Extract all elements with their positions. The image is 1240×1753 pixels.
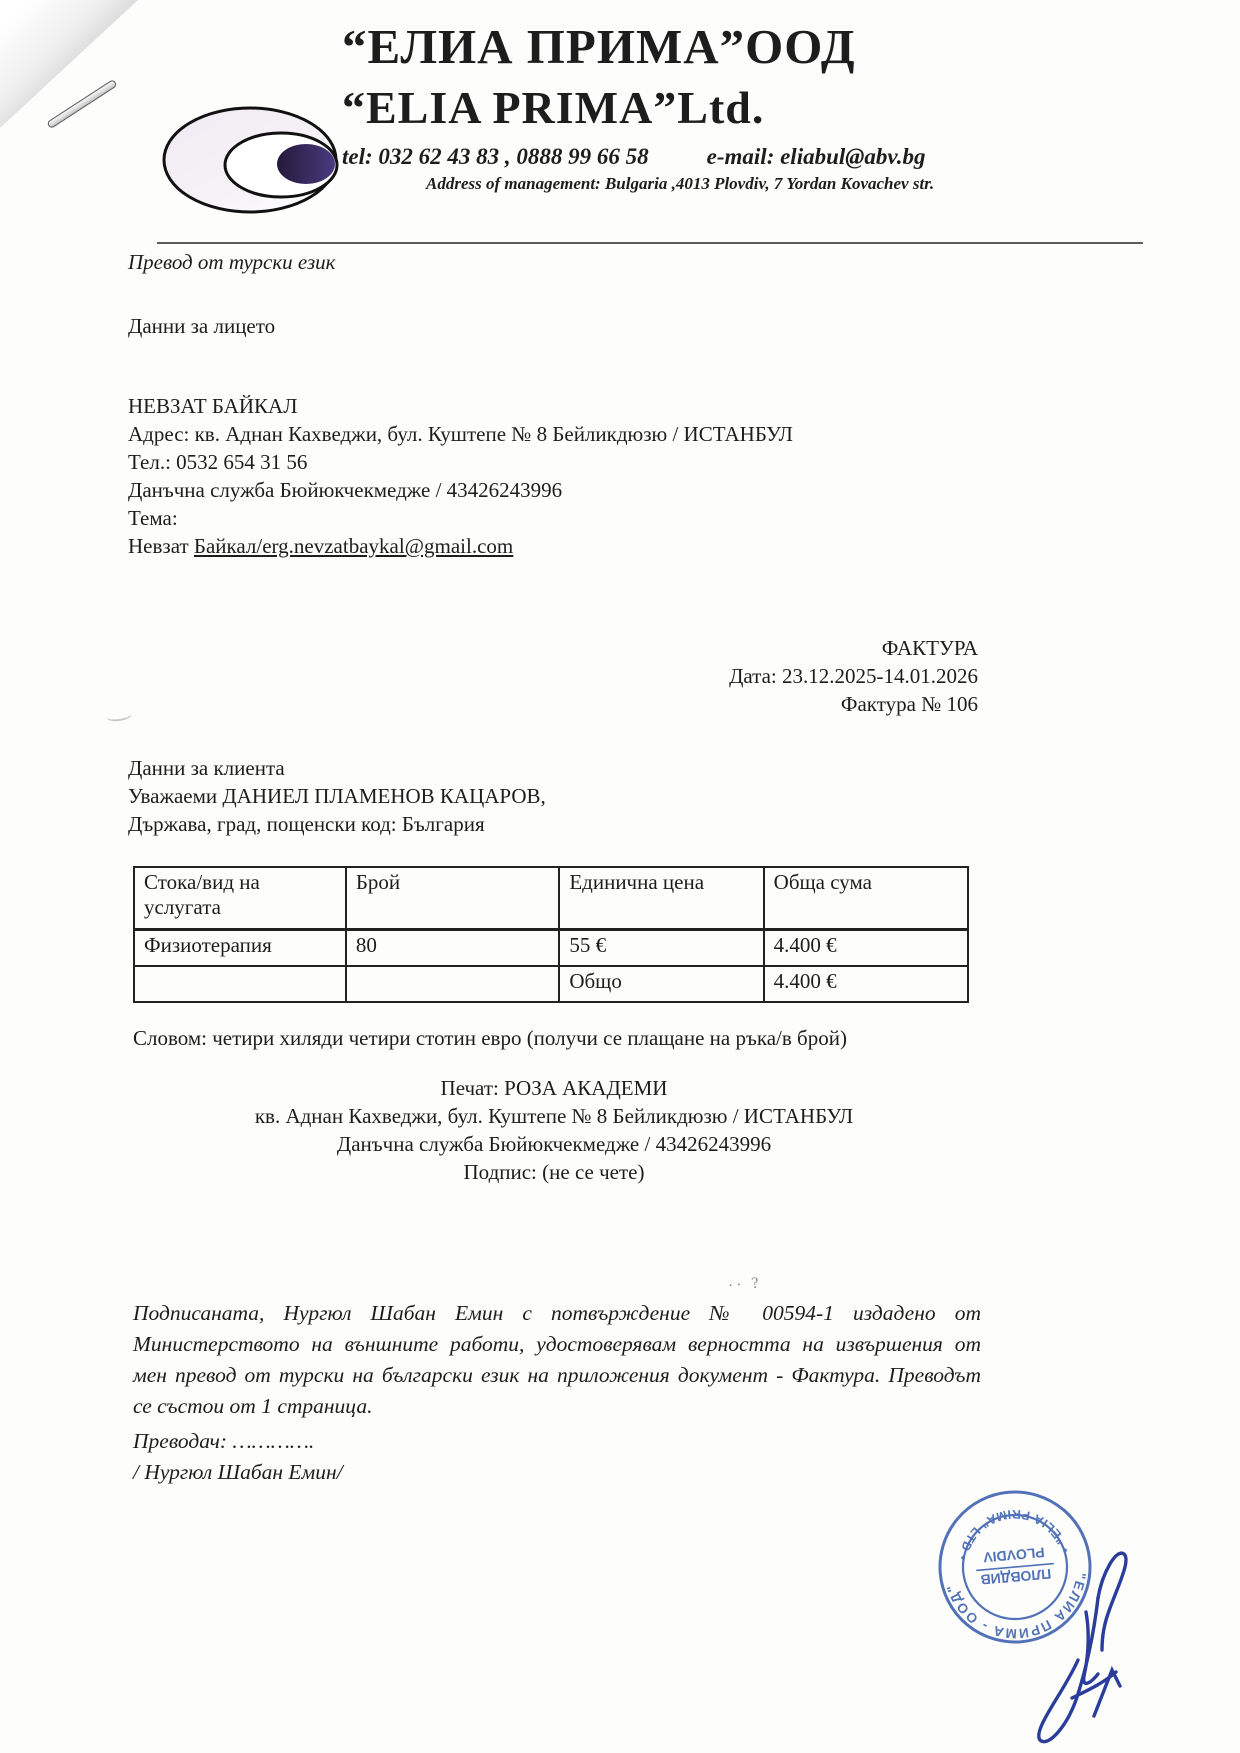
cell-service: Физиотерапия [134,930,346,967]
scanned-invoice-page: ·· ? “ЕЛИА ПРИМА”ООД “ELIA PRIMA”Ltd. te… [0,0,1240,1753]
company-logo [160,104,342,220]
cell-empty-2 [346,966,560,1002]
translator-certification: Подписаната, Нургюл Шабан Емин с потвърж… [133,1298,981,1488]
cell-total: 4.400 € [764,930,968,967]
translation-note: Превод от турски език [128,250,335,275]
table-header-row: Стока/вид на услугата Брой Единична цена… [134,867,968,930]
staple-mark [46,79,117,129]
pencil-smudge [105,708,132,723]
amount-in-words: Словом: четири хиляди четири стотин евро… [133,1024,847,1052]
person-name: НЕВЗАТ БАЙКАЛ [128,392,793,420]
translator-name: / Нургюл Шабан Емин/ [133,1457,981,1488]
cell-grand-total: 4.400 € [764,966,968,1002]
translator-label: Преводач: …………. [133,1426,981,1457]
col-header-service: Стока/вид на услугата [134,867,346,930]
ink-smudge: ·· ? [727,1274,762,1295]
header-divider [157,242,1143,244]
cell-empty-1 [134,966,346,1002]
person-details: НЕВЗАТ БАЙКАЛ Адрес: кв. Аднан Кахведжи,… [128,392,793,560]
email-address: e-mail: eliabul@abv.bg [707,144,926,170]
certification-line: Подписаната, Нургюл Шабан Емин с потвърж… [133,1298,981,1329]
col-header-total: Обща сума [764,867,968,930]
invoice-meta: ФАКТУРА Дата: 23.12.2025-14.01.2026 Факт… [560,634,978,718]
cell-total-label: Общо [559,966,763,1002]
company-title-bulgarian: “ЕЛИА ПРИМА”ООД [342,18,1002,75]
table-total-row: Общо 4.400 € [134,966,968,1002]
seal-address: кв. Аднан Кахведжи, бул. Куштепе № 8 Бей… [133,1102,975,1130]
seal-tax-office: Данъчна служба Бюйюкчекмедже / 434262439… [133,1130,975,1158]
company-title-english: “ELIA PRIMA”Ltd. [342,81,1002,134]
person-address: Адрес: кв. Аднан Кахведжи, бул. Куштепе … [128,420,793,448]
person-phone: Тел.: 0532 654 31 56 [128,448,793,476]
invoice-table: Стока/вид на услугата Брой Единична цена… [133,866,969,1003]
invoice-number: Фактура № 106 [560,690,978,718]
phone-numbers: tel: 032 62 43 83 , 0888 99 66 58 [342,144,649,170]
invoice-title: ФАКТУРА [560,634,978,662]
invoice-date: Дата: 23.12.2025-14.01.2026 [560,662,978,690]
col-header-quantity: Брой [346,867,560,930]
seal-signature-note: Подпис: (не се чете) [133,1158,975,1186]
certification-line: мен превод от турски на български език н… [133,1360,981,1391]
certification-line: се състои от 1 страница. [133,1391,981,1422]
client-salutation: Уважаеми ДАНИЕЛ ПЛАМЕНОВ КАЦАРОВ, [128,782,546,810]
contact-line: tel: 032 62 43 83 , 0888 99 66 58 e-mail… [342,144,1002,170]
email-underlined: Байкал/erg.nevzatbaykal@gmail.com [194,534,513,558]
table-row: Физиотерапия 80 55 € 4.400 € [134,930,968,967]
cell-unit-price: 55 € [559,930,763,967]
client-location: Държава, град, пощенски код: България [128,810,546,838]
person-email-line: Невзат Байкал/erg.nevzatbaykal@gmail.com [128,532,793,560]
client-details: Данни за клиента Уважаеми ДАНИЕЛ ПЛАМЕНО… [128,754,546,838]
subject-label: Тема: [128,504,793,532]
seal-line: Печат: РОЗА АКАДЕМИ [133,1074,975,1102]
management-address: Address of management: Bulgaria ,4013 Pl… [426,174,1002,194]
certification-line: Министерството на външните работи, удост… [133,1329,981,1360]
cell-quantity: 80 [346,930,560,967]
letterhead: “ЕЛИА ПРИМА”ООД “ELIA PRIMA”Ltd. tel: 03… [342,18,1002,194]
client-section-title: Данни за клиента [128,754,546,782]
person-section-title: Данни за лицето [128,312,275,340]
handwritten-signature [1022,1540,1154,1750]
col-header-unit-price: Единична цена [559,867,763,930]
email-prefix: Невзат [128,534,194,558]
person-tax-office: Данъчна служба Бюйюкчекмедже / 434262439… [128,476,793,504]
seal-info-block: Печат: РОЗА АКАДЕМИ кв. Аднан Кахведжи, … [133,1074,975,1186]
